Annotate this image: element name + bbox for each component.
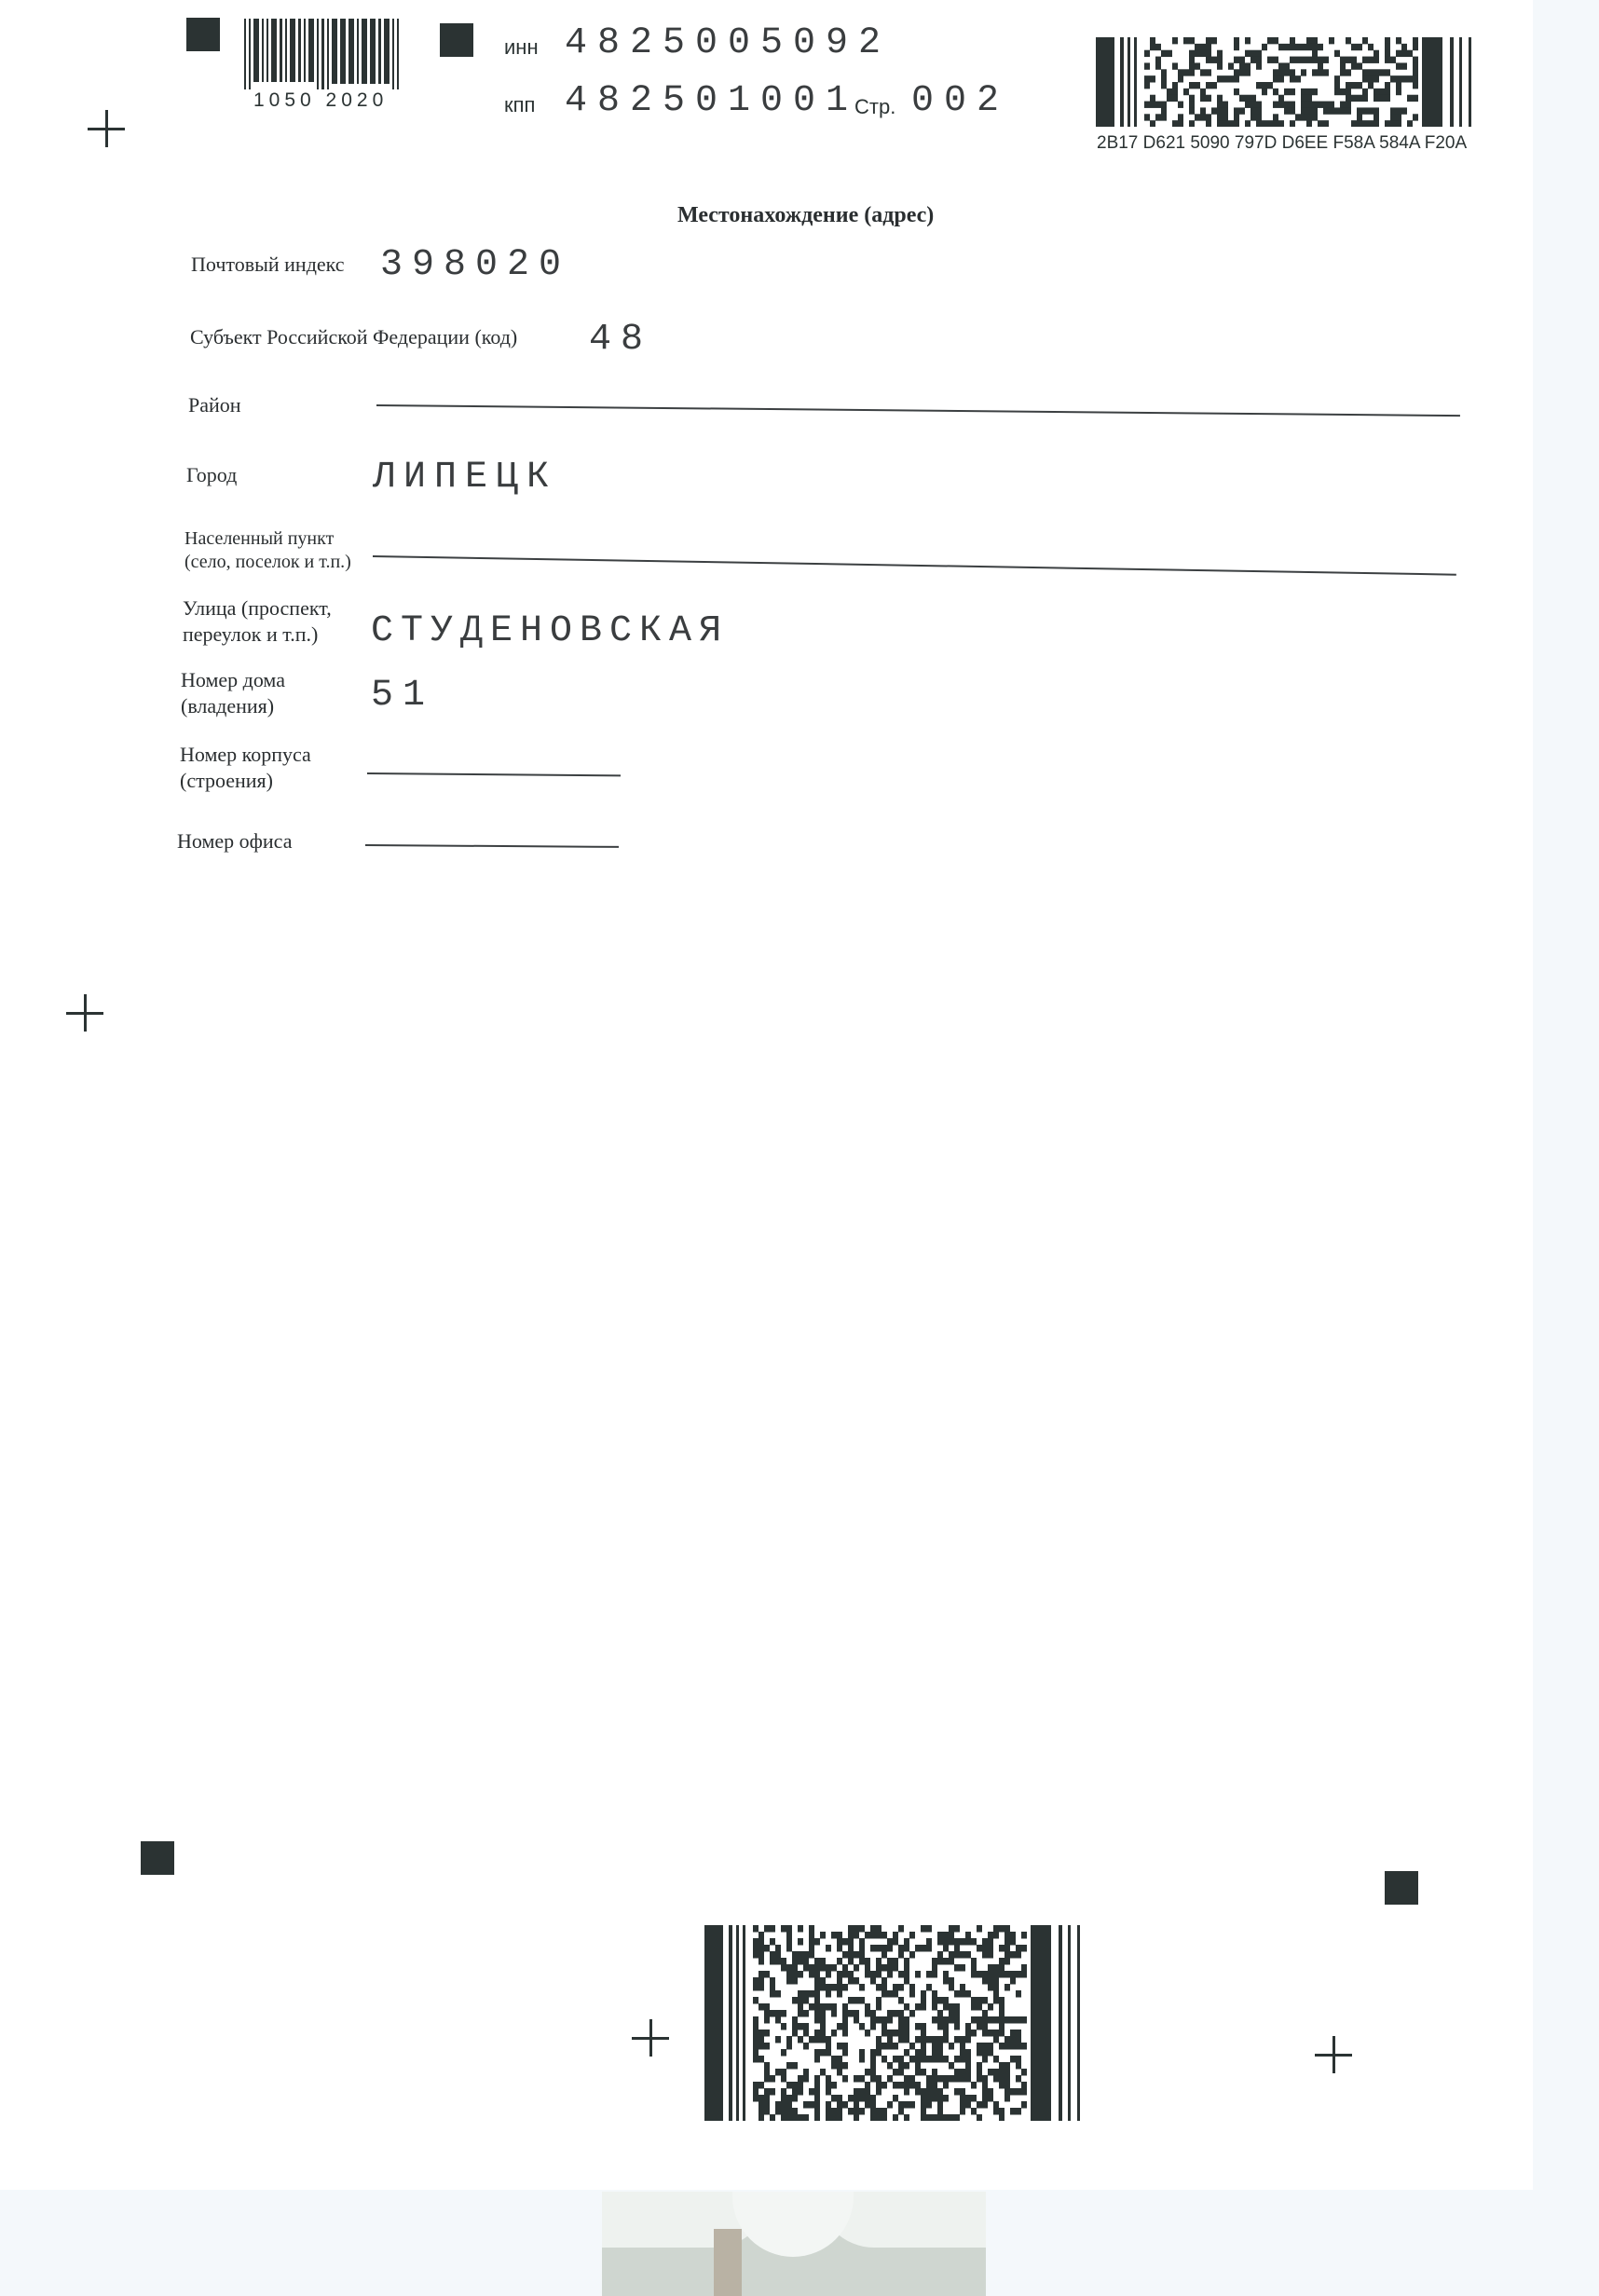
barcode-bar [271,19,277,82]
registration-marker [1385,1871,1418,1905]
crosshair-icon [632,2019,669,2057]
street-label-line2: переулок и т.п.) [183,622,318,647]
barcode-bar [397,19,399,89]
registration-marker [440,23,473,57]
barcode-bar [348,19,354,84]
inn-label: ИНН [504,35,539,60]
pdf417-barcode [1096,37,1483,127]
crosshair-icon [66,994,103,1032]
locality-label-line2: (село, поселок и т.п.) [184,550,351,574]
house-label-line1: Номер дома [181,668,285,692]
page-value: 002 [911,80,1009,122]
barcode-bar [290,19,295,82]
barcode-bar [357,19,359,84]
barcode-bar [308,19,314,82]
district-label: Район [188,393,241,417]
barcode-bar [244,19,246,89]
registration-marker [186,18,220,51]
form-code: 1050 2020 [253,89,388,112]
form-barcode [244,19,416,89]
barcode-bar [378,19,381,84]
barcode-bar [321,19,324,89]
barcode-hex: 2B17 D621 5090 797D D6EE F58A 584A F20A [1097,133,1467,154]
city-label: Город [186,463,237,487]
form-page: 1050 2020 ИНН 4825005092 КПП 482501001 С… [0,0,1533,2190]
kpp-value: 482501001 [565,80,858,122]
district-field[interactable] [376,404,1460,417]
region-code-label: Субъект Российской Федерации (код) [190,325,517,349]
postal-index-label: Почтовый индекс [191,253,345,277]
decorative-shape [732,2192,854,2257]
scanned-background-image [602,2192,986,2296]
house-label-line2: (владения) [181,694,274,718]
page-label: Стр. [854,95,895,119]
city-value[interactable]: ЛИПЕЦК [373,457,557,499]
locality-field[interactable] [373,555,1456,576]
barcode-bar [285,19,287,82]
building-label-line1: Номер корпуса [180,743,311,767]
crosshair-icon [1315,2036,1352,2073]
kpp-label: КПП [504,93,535,117]
decorative-shape [714,2229,742,2296]
street-label-line1: Улица (проспект, [183,596,332,621]
barcode-bar [262,19,264,82]
barcode-bar [298,19,301,82]
house-value[interactable]: 51 [371,675,434,717]
barcode-bar [266,19,268,82]
inn-value: 4825005092 [565,22,891,64]
barcode-bar [362,19,367,84]
postal-index-value[interactable]: 398020 [380,244,570,286]
building-field[interactable] [367,772,621,776]
barcode-bar [304,19,306,82]
barcode-bar [340,19,346,84]
region-code-value[interactable]: 48 [589,319,652,361]
barcode-bar [249,19,251,89]
barcode-bar [317,19,319,89]
barcode-bar [253,19,259,82]
barcode-bar [392,19,394,89]
barcode-bar [384,19,389,84]
registration-marker [141,1841,174,1875]
office-field[interactable] [365,844,619,848]
pdf417-barcode [704,1925,1092,2121]
section-title: Местонахождение (адрес) [677,203,934,228]
barcode-bar [370,19,376,84]
locality-label-line1: Населенный пункт [184,526,334,551]
barcode-bar [280,19,282,82]
street-value[interactable]: СТУДЕНОВСКАЯ [371,610,729,652]
office-label: Номер офиса [177,829,292,854]
crosshair-icon [88,110,125,147]
building-label-line2: (строения) [180,769,273,793]
barcode-bar [332,19,337,84]
barcode-bar [327,19,329,89]
